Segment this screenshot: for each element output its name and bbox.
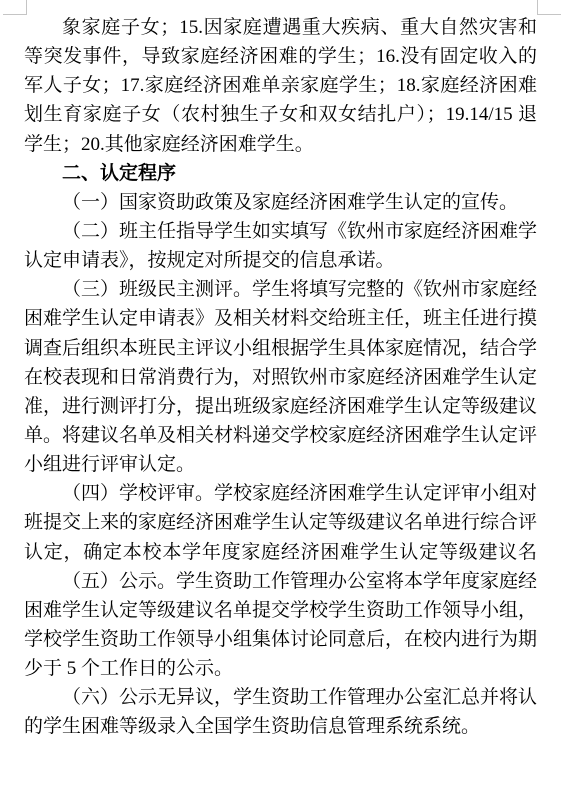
text-line: 认定，确定本校本学年度家庭经济困难学生认定等级建议名单。 (24, 538, 537, 567)
page-margin-mark-top-right (537, 0, 538, 14)
text-line: 在校表现和日常消费行为，对照钦州市家庭经济困难学生认定标 (24, 363, 537, 392)
text-line: 困难学生认定申请表》及相关材料交给班主任，班主任进行摸底 (24, 304, 537, 333)
text-line: 调查后组织本班民主评议小组根据学生具体家庭情况，结合学生 (24, 334, 537, 363)
text-line: 划生育家庭子女（农村独生子女和双女结扎户）；19.14/15 退出户 (24, 100, 537, 129)
text-line: （一）国家资助政策及家庭经济困难学生认定的宣传。 (24, 188, 537, 217)
text-line: （四）学校评审。学校家庭经济困难学生认定评审小组对各 (24, 479, 537, 508)
text-line: 的学生困难等级录入全国学生资助信息管理系统系统。 (24, 712, 537, 741)
document-body: 象家庭子女；15.因家庭遭遇重大疾病、重大自然灾害和事故等突发事件，导致家庭经济… (24, 13, 537, 742)
text-line: （二）班主任指导学生如实填写《钦州市家庭经济困难学生 (24, 217, 537, 246)
text-line: 学校学生资助工作领导小组集体讨论同意后，在校内进行为期不 (24, 625, 537, 654)
text-line: 班提交上来的家庭经济困难学生认定等级建议名单进行综合评审 (24, 508, 537, 537)
text-line: 准，进行测评打分，提出班级家庭经济困难学生认定等级建议名 (24, 392, 537, 421)
text-line: 象家庭子女；15.因家庭遭遇重大疾病、重大自然灾害和事故 (24, 13, 537, 42)
text-line: 困难学生认定等级建议名单提交学校学生资助工作领导小组，将 (24, 596, 537, 625)
text-line: 学生；20.其他家庭经济困难学生。 (24, 130, 537, 159)
text-line: 少于 5 个工作日的公示。 (24, 654, 537, 683)
page-margin-mark-top-left (26, 0, 27, 14)
text-line: 小组进行评审认定。 (24, 450, 537, 479)
text-line: 军人子女；17.家庭经济困难单亲家庭学生；18.家庭经济困难计 (24, 71, 537, 100)
text-line: 认定申请表》，按规定对所提交的信息承诺。 (24, 246, 537, 275)
document-page: { "page": { "background": "#ffffff", "ma… (0, 0, 564, 805)
text-line: （六）公示无异议，学生资助工作管理办公室汇总并将认定 (24, 683, 537, 712)
text-line: （五）公示。学生资助工作管理办公室将本学年度家庭经济 (24, 567, 537, 596)
text-line: 等突发事件，导致家庭经济困难的学生；16.没有固定收入的退伍 (24, 42, 537, 71)
text-line: 单。将建议名单及相关材料递交学校家庭经济困难学生认定评审 (24, 421, 537, 450)
page-margin-mark-top-right (537, 14, 561, 15)
section-heading-line: 二、认定程序 (24, 159, 537, 188)
text-line: （三）班级民主测评。学生将填写完整的《钦州市家庭经济 (24, 275, 537, 304)
